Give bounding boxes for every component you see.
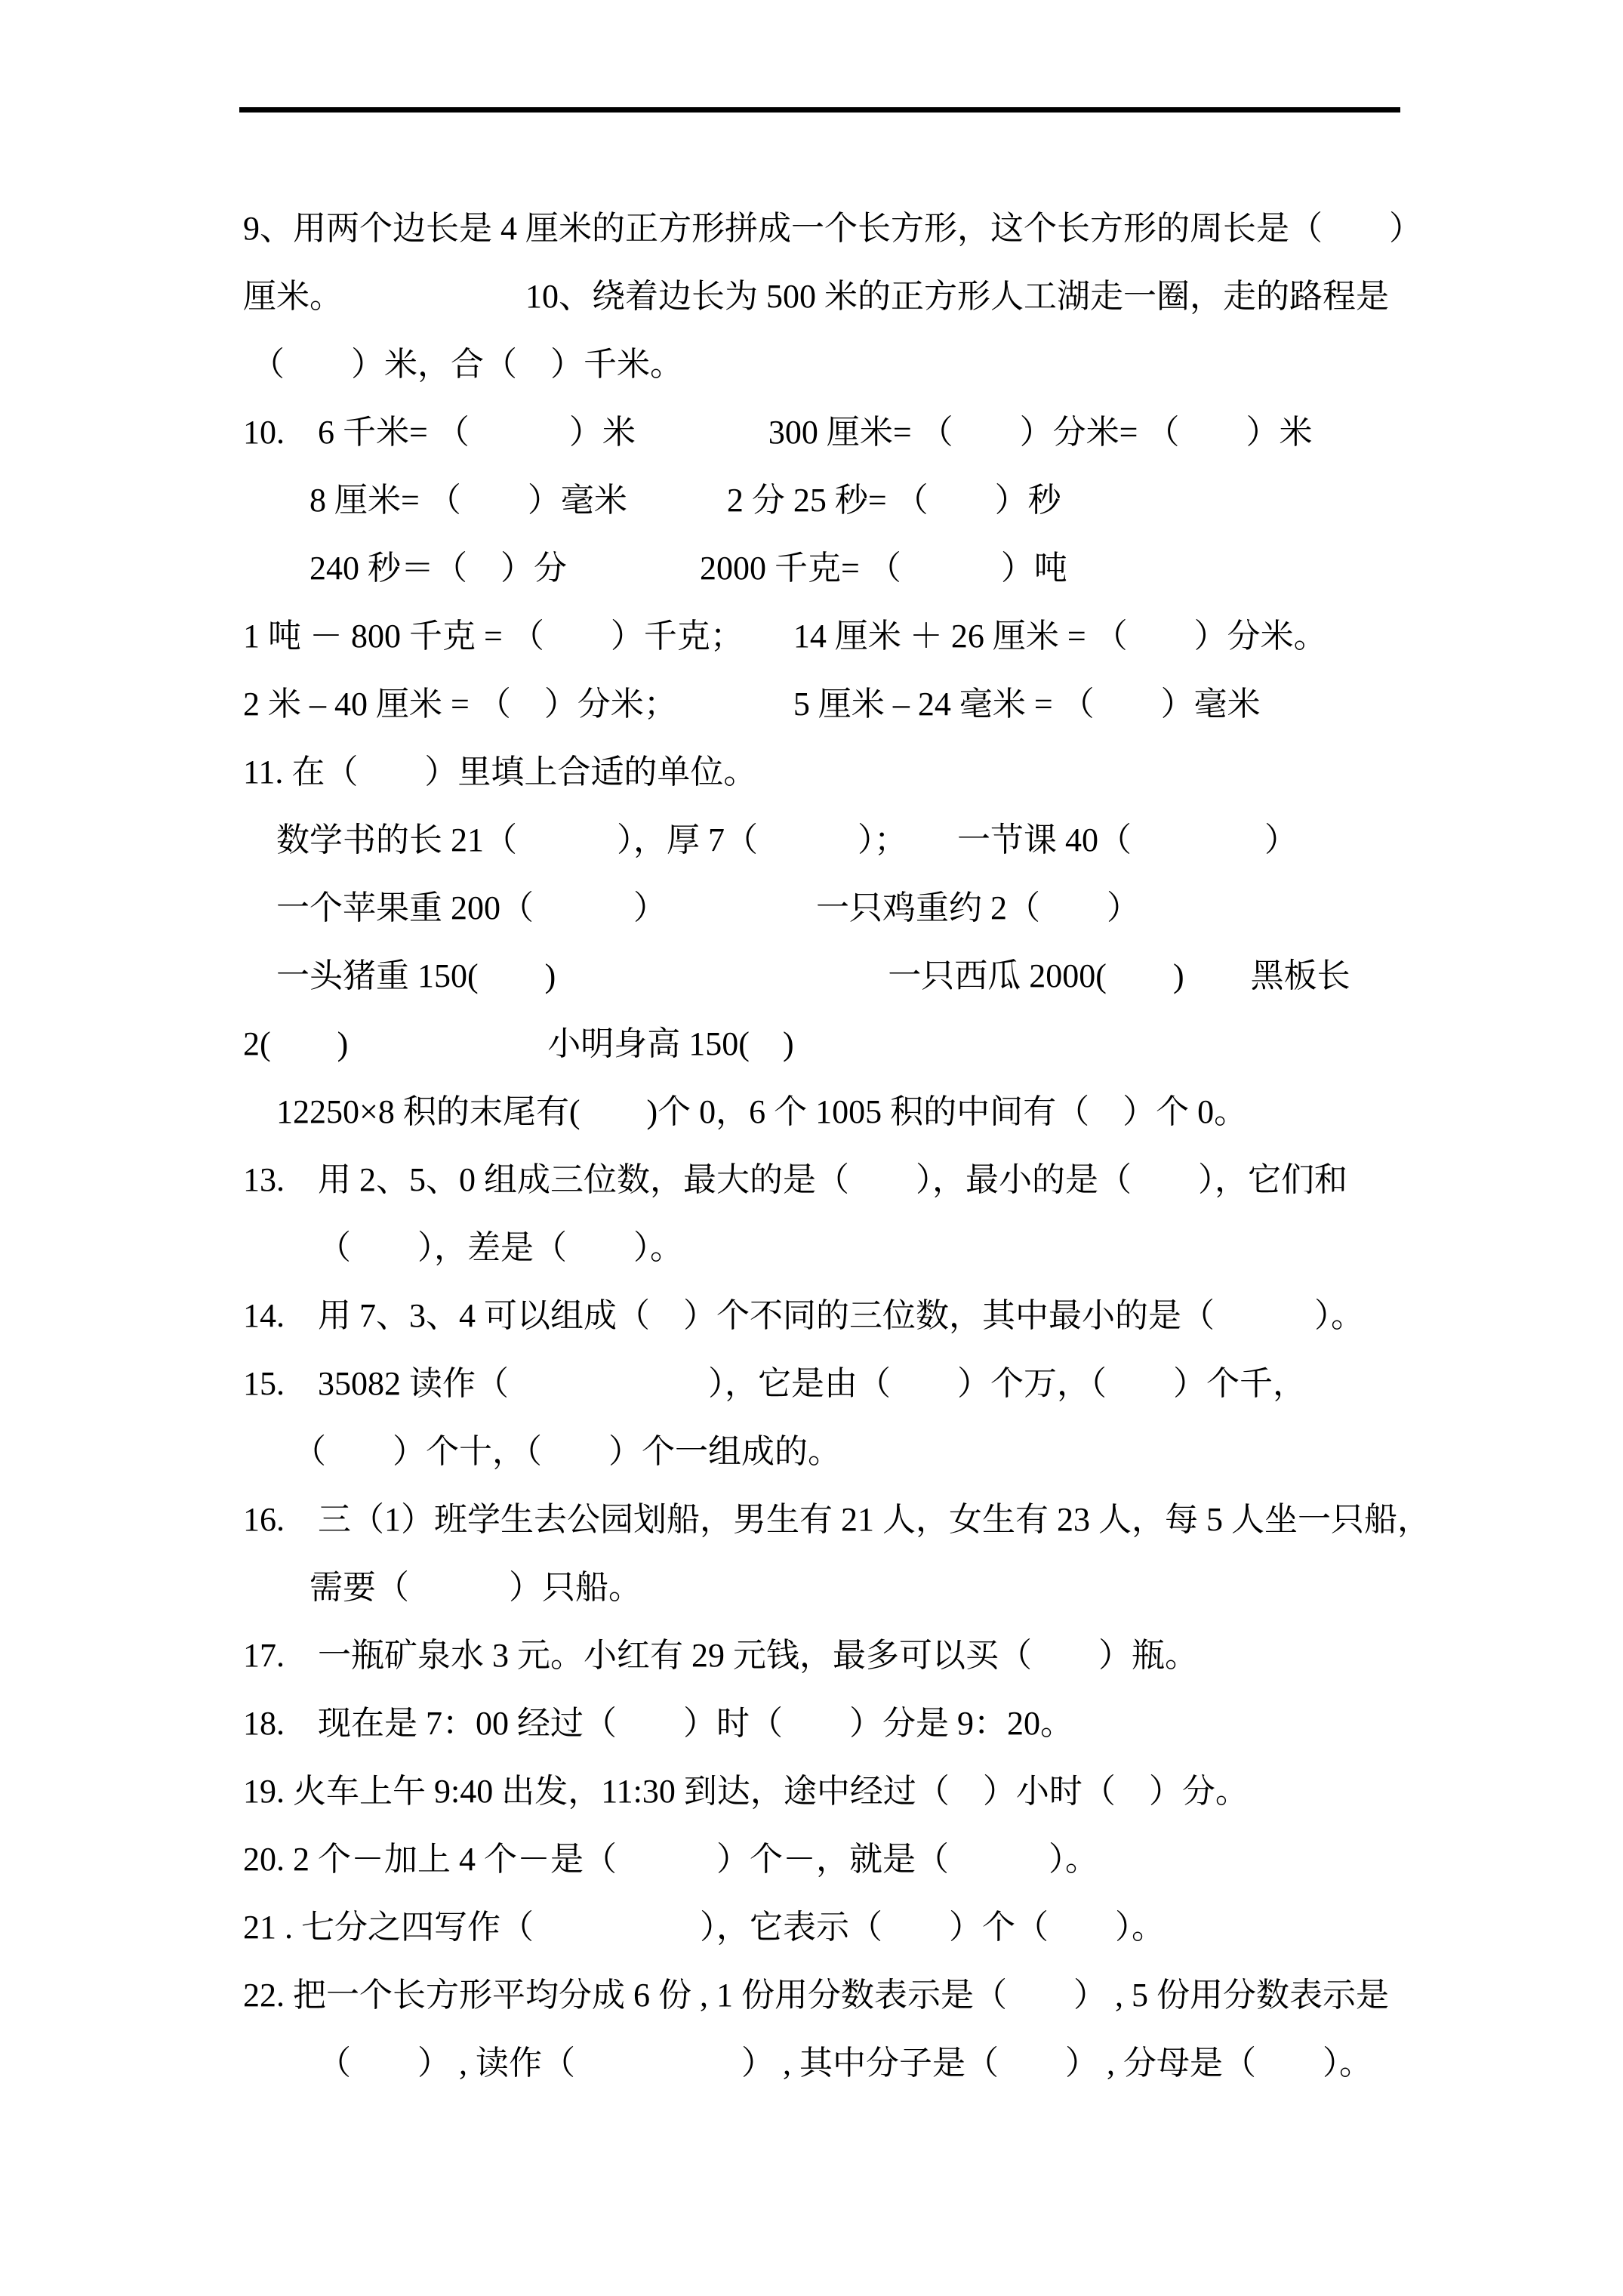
worksheet-line: 10. 6 千米= （ ）米 300 厘米= （ ）分米= （ ）米 bbox=[243, 399, 1451, 467]
worksheet-line: 9、用两个边长是 4 厘米的正方形拼成一个长方形，这个长方形的周长是（ ） bbox=[243, 195, 1451, 263]
worksheet-line: 18. 现在是 7：00 经过（ ）时（ ）分是 9：20。 bbox=[243, 1690, 1451, 1758]
worksheet-line: 17. 一瓶矿泉水 3 元。小红有 29 元钱，最多可以买（ ）瓶。 bbox=[243, 1622, 1451, 1690]
worksheet-line: （ ），差是（ ）。 bbox=[243, 1214, 1451, 1282]
worksheet-line: 8 厘米= （ ）毫米 2 分 25 秒= （ ）秒 bbox=[243, 467, 1451, 535]
worksheet-line: 11. 在（ ）里填上合适的单位。 bbox=[243, 738, 1451, 806]
worksheet-line: 16. 三（1）班学生去公园划船，男生有 21 人，女生有 23 人，每 5 人… bbox=[243, 1486, 1451, 1554]
header-rule bbox=[239, 107, 1400, 112]
worksheet-line: 12250×8 积的末尾有( )个 0，6 个 1005 积的中间有（ ）个 0… bbox=[243, 1078, 1451, 1146]
worksheet-body: 9、用两个边长是 4 厘米的正方形拼成一个长方形，这个长方形的周长是（ ） 厘米… bbox=[243, 195, 1451, 2097]
worksheet-line: 22. 把一个长方形平均分成 6 份 , 1 份用分数表示是（ ） , 5 份用… bbox=[243, 1962, 1451, 2029]
worksheet-line: 厘米。 10、绕着边长为 500 米的正方形人工湖走一圈，走的路程是 bbox=[243, 263, 1451, 331]
worksheet-line: 数学书的长 21（ ），厚 7（ ）； 一节课 40（ ） bbox=[243, 806, 1451, 874]
worksheet-line: 21 . 七分之四写作（ ），它表示（ ）个（ ）。 bbox=[243, 1894, 1451, 1962]
worksheet-line: 1 吨 － 800 千克 = （ ）千克； 14 厘米 ＋ 26 厘米 = （ … bbox=[243, 603, 1451, 670]
worksheet-line: 需要（ ）只船。 bbox=[243, 1554, 1451, 1622]
worksheet-page: 9、用两个边长是 4 厘米的正方形拼成一个长方形，这个长方形的周长是（ ） 厘米… bbox=[0, 0, 1623, 2296]
worksheet-line: （ ）米，合（ ）千米。 bbox=[243, 331, 1451, 399]
worksheet-line: 19. 火车上午 9:40 出发，11:30 到达，途中经过（ ）小时（ ）分。 bbox=[243, 1758, 1451, 1826]
worksheet-line: 14. 用 7、3、4 可以组成（ ）个不同的三位数，其中最小的是（ ）。 bbox=[243, 1282, 1451, 1350]
worksheet-line: 15. 35082 读作（ ），它是由（ ）个万，（ ）个千， bbox=[243, 1350, 1451, 1418]
worksheet-line: 240 秒＝（ ）分 2000 千克= （ ）吨 bbox=[243, 535, 1451, 603]
worksheet-line: 一个苹果重 200（ ） 一只鸡重约 2（ ） bbox=[243, 874, 1451, 942]
worksheet-line: 2 米 – 40 厘米 = （ ）分米； 5 厘米 – 24 毫米 = （ ）毫… bbox=[243, 670, 1451, 738]
worksheet-line: 20. 2 个－加上 4 个－是（ ）个－，就是（ ）。 bbox=[243, 1826, 1451, 1894]
worksheet-line: 一头猪重 150( ) 一只西瓜 2000( ) 黑板长 bbox=[243, 942, 1451, 1010]
worksheet-line: （ ） , 读作（ ） , 其中分子是（ ） , 分母是（ ）。 bbox=[243, 2029, 1451, 2097]
worksheet-line: 2( ) 小明身高 150( ) bbox=[243, 1010, 1451, 1078]
worksheet-line: 13. 用 2、5、0 组成三位数，最大的是（ ），最小的是（ ），它们和 bbox=[243, 1146, 1451, 1214]
worksheet-line: （ ）个十，（ ）个一组成的。 bbox=[243, 1418, 1451, 1486]
